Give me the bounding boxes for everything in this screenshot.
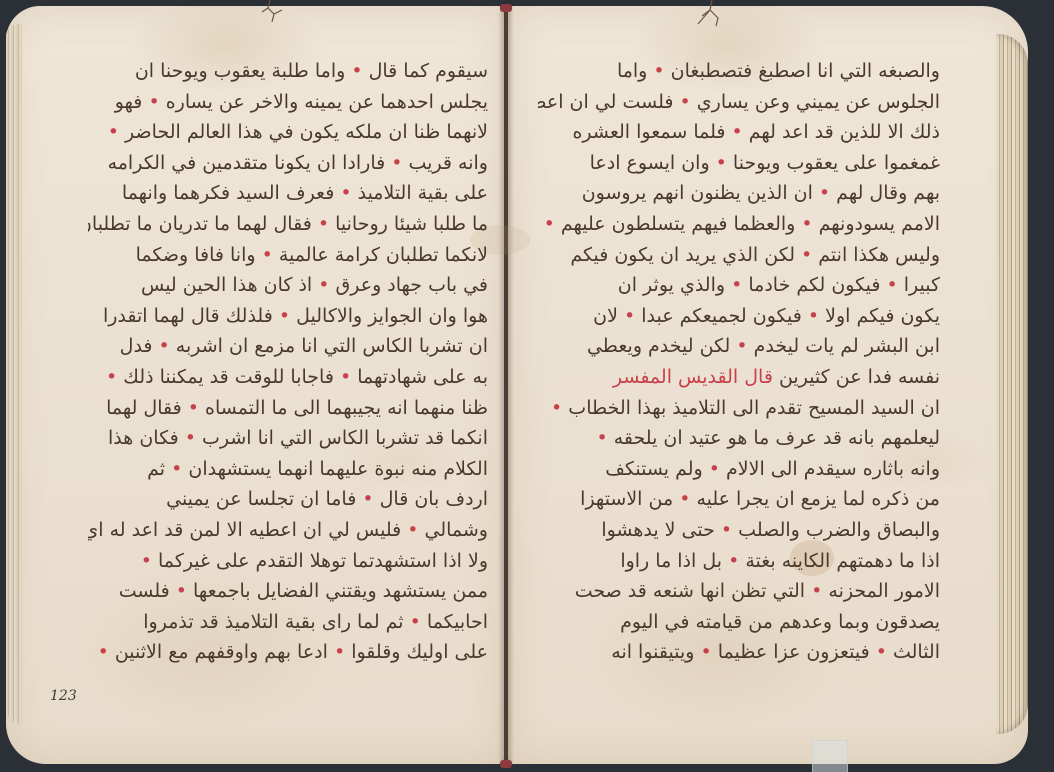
left-page-text: سيقوم كما قال • واما طلبة يعقوب ويوحنا ا… (88, 56, 488, 668)
text-line: والبصاق والضرب والصلب • حتى لا يدهشوا (538, 515, 940, 546)
right-page-text: والصبغه التي انا اصطبغ فتصطبغان • واما ا… (538, 56, 940, 668)
text-line: هوا وان الجوايز والاكاليل • فلذلك قال له… (88, 301, 488, 332)
text-line: بهم وقال لهم • ان الذين يظنون انهم يروسو… (538, 178, 940, 209)
text-line: ممن يستشهد ويقتني الفضايل باجمعها • فلست (88, 576, 488, 607)
text-line: ما طلبا شيئا روحانيا • فقال لهما ما تدري… (88, 209, 488, 240)
text-line: ان تشربا الكاس التي انا مزمع ان اشربه • … (88, 331, 488, 362)
text-line: الامور المحزنه • التي تظن انها شنعه قد ص… (538, 576, 940, 607)
text-line: من ذكره لما يزمع ان يجرا عليه • من الاست… (538, 484, 940, 515)
text-line: ليعلمهم بانه قد عرف ما هو عتيد ان يلحقه … (538, 423, 940, 454)
text-line: اذا ما دهمتهم الكاينه بغتة • بل اذا ما ر… (538, 546, 940, 577)
text-line: ذلك الا للذين قد اعد لهم • فلما سمعوا ال… (538, 117, 940, 148)
text-line: وليس هكذا انتم • لكن الذي يريد ان يكون ف… (538, 240, 940, 271)
text-line: ان السيد المسيح تقدم الى التلاميذ بهذا ا… (538, 393, 940, 424)
binding-gutter (498, 8, 514, 762)
text-line: الامم يسودونهم • والعظما فيهم يتسلطون عل… (538, 209, 940, 240)
text-line: الثالث • فيتعزون عزا عظيما • ويتيقنوا ان… (538, 637, 940, 668)
text-line: الجلوس عن يميني وعن يساري • فلست لي ان ا… (538, 87, 940, 118)
rubric-heading: قال القديس المفسر (613, 366, 773, 388)
tailband (500, 760, 512, 768)
text-line: وانه قريب • فارادا ان يكونا متقدمين في ا… (88, 148, 488, 179)
text-line: اردف بان قال • فاما ان تجلسا عن يميني (88, 484, 488, 515)
text-line: في باب جهاد وعرق • اذ كان هذا الحين ليس (88, 270, 488, 301)
text-line: وانه باثاره سيقدم الى الالام • ولم يستنك… (538, 454, 940, 485)
text-segment: نفسه فدا عن كثيرين (779, 366, 940, 388)
right-fore-edge (996, 34, 1028, 734)
page-clip (812, 740, 848, 772)
text-line: والصبغه التي انا اصطبغ فتصطبغان • واما (538, 56, 940, 87)
text-line: غمغموا على يعقوب ويوحنا • وان ايسوع ادعا (538, 148, 940, 179)
text-line: لانكما تطلبان كرامة عالمية • وانا فافا و… (88, 240, 488, 271)
text-line: كبيرا • فيكون لكم خادما • والذي يوثر ان (538, 270, 940, 301)
text-line: ولا اذا استشهدتما توهلا التقدم على غيركم… (88, 546, 488, 577)
text-line: ابن البشر لم يات ليخدم • لكن ليخدم ويعطي (538, 331, 940, 362)
folio-number: 123 (50, 688, 77, 704)
text-line-with-rubric: نفسه فدا عن كثيرين قال القديس المفسر (538, 362, 940, 393)
text-line: يكون فيكم اولا • فيكون لجميعكم عبدا • لا… (538, 301, 940, 332)
text-line: يجلس احدهما عن يمينه والاخر عن يساره • ف… (88, 87, 488, 118)
text-line: احابيكما • ثم لما راى بقية التلاميذ قد ت… (88, 607, 488, 638)
text-line: على بقية التلاميذ • فعرف السيد فكرهما وا… (88, 178, 488, 209)
text-line: انكما قد تشربا الكاس التي انا اشرب • فكا… (88, 423, 488, 454)
text-line: به على شهادتهما • فاجابا للوقت قد يمكننا… (88, 362, 488, 393)
manuscript-spread: سيقوم كما قال • واما طلبة يعقوب ويوحنا ا… (0, 0, 1054, 772)
text-line: الكلام منه نبوة عليهما انهما يستشهدان • … (88, 454, 488, 485)
text-line: لانهما ظنا ان ملكه يكون في هذا العالم ال… (88, 117, 488, 148)
text-line: يصدقون وبما وعدهم من قيامته في اليوم (538, 607, 940, 638)
headband (500, 4, 512, 12)
text-line: سيقوم كما قال • واما طلبة يعقوب ويوحنا ا… (88, 56, 488, 87)
text-line: ظنا منهما انه يجيبهما الى ما التمساه • ف… (88, 393, 488, 424)
left-fore-edge (6, 24, 22, 724)
text-line: على اوليك وقلقوا • ادعا بهم واوقفهم مع ا… (88, 637, 488, 668)
text-line: وشمالي • فليس لي ان اعطيه الا لمن قد اعد… (88, 515, 488, 546)
